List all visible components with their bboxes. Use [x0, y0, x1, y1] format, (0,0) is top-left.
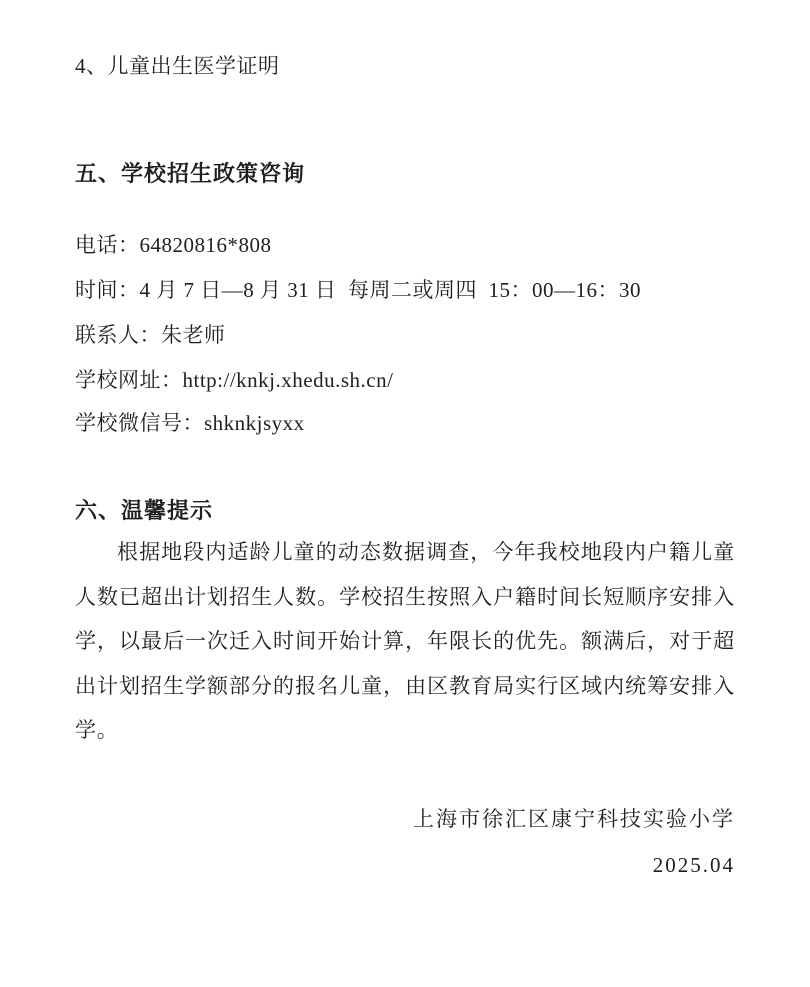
time-line: 时间：4 月 7 日—8 月 31 日 每周二或周四 15：00—16：30	[75, 275, 735, 305]
signature-date: 2025.04	[75, 850, 735, 880]
document-page: 4、儿童出生医学证明 五、学校招生政策咨询 电话：64820816*808 时间…	[0, 0, 810, 987]
tips-paragraph: 根据地段内适龄儿童的动态数据调查，今年我校地段内户籍儿童人数已超出计划招生人数。…	[75, 530, 735, 753]
section-heading-consultation: 五、学校招生政策咨询	[75, 159, 735, 189]
list-item-birth-certificate: 4、儿童出生医学证明	[75, 51, 735, 81]
document-content: 4、儿童出生医学证明 五、学校招生政策咨询 电话：64820816*808 时间…	[75, 0, 735, 987]
school-website-line: 学校网址：http://knkj.xhedu.sh.cn/	[75, 365, 735, 395]
school-wechat-line: 学校微信号：shknkjsyxx	[75, 408, 735, 438]
section-heading-tips: 六、温馨提示	[75, 496, 735, 526]
signature-school-name: 上海市徐汇区康宁科技实验小学	[75, 804, 735, 834]
phone-line: 电话：64820816*808	[75, 230, 735, 260]
contact-person-line: 联系人：朱老师	[75, 320, 735, 350]
